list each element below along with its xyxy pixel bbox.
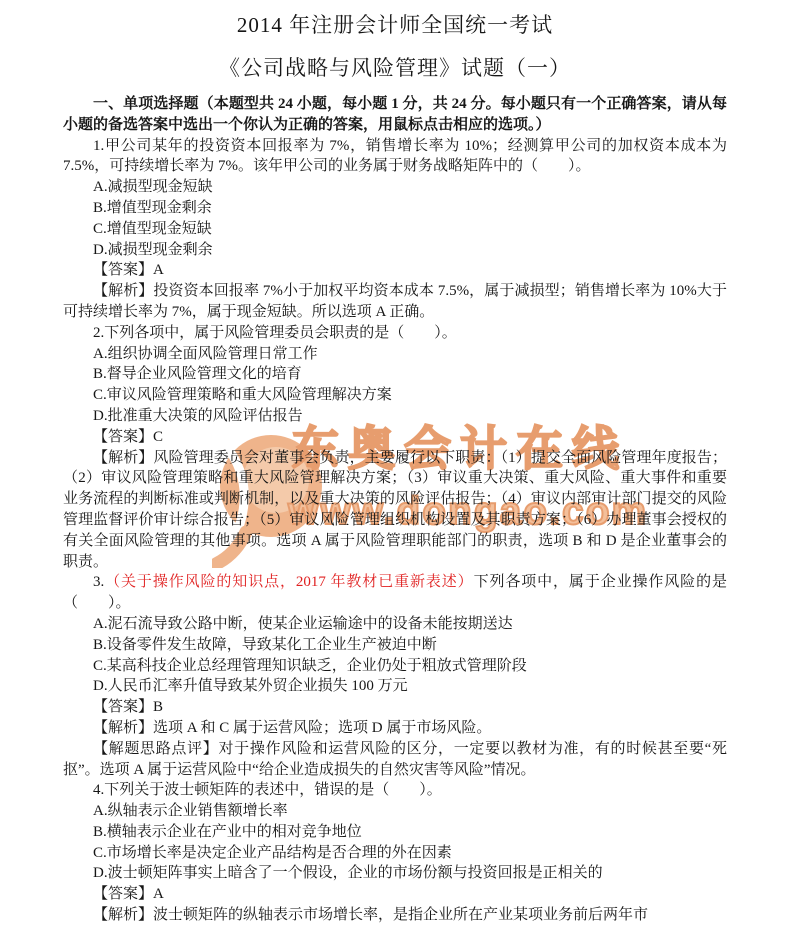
question-1-analysis: 【解析】投资资本回报率 7%小于加权平均资本成本 7.5%，属于减损型；销售增长…: [63, 281, 727, 323]
question-2-analysis: 【解析】风险管理委员会对董事会负责，主要履行以下职责：（1）提交全面风险管理年度…: [63, 448, 727, 573]
question-3-answer: 【答案】B: [63, 697, 727, 718]
question-4-option-d: D.波士顿矩阵事实上暗含了一个假设，企业的市场份额与投资回报是正相关的: [63, 863, 727, 884]
question-3-stem: 3.（关于操作风险的知识点，2017 年教材已重新表述）下列各项中，属于企业操作…: [63, 572, 727, 614]
question-4-stem: 4.下列关于波士顿矩阵的表述中，错误的是（ ）。: [63, 780, 727, 801]
question-3-analysis: 【解析】选项 A 和 C 属于运营风险；选项 D 属于市场风险。: [63, 718, 727, 739]
question-1-option-b: B.增值型现金剩余: [63, 198, 727, 219]
question-2-option-a: A.组织协调全面风险管理日常工作: [63, 344, 727, 365]
section-intro: 一、单项选择题（本题型共 24 小题，每小题 1 分，共 24 分。每小题只有一…: [63, 94, 727, 136]
question-1-answer: 【答案】A: [63, 260, 727, 281]
question-1-option-c: C.增值型现金短缺: [63, 219, 727, 240]
question-4-option-c: C.市场增长率是决定企业产品结构是否合理的外在因素: [63, 843, 727, 864]
question-1-option-d: D.减损型现金剩余: [63, 240, 727, 261]
question-1: 1.甲公司某年的投资资本回报率为 7%，销售增长率为 10%；经测算甲公司的加权…: [63, 136, 727, 323]
question-2: 2.下列各项中，属于风险管理委员会职责的是（ ）。 A.组织协调全面风险管理日常…: [63, 323, 727, 573]
question-4: 4.下列关于波士顿矩阵的表述中，错误的是（ ）。 A.纵轴表示企业销售额增长率 …: [63, 780, 727, 926]
question-3: 3.（关于操作风险的知识点，2017 年教材已重新表述）下列各项中，属于企业操作…: [63, 572, 727, 780]
question-1-option-a: A.减损型现金短缺: [63, 177, 727, 198]
page-subtitle: 《公司战略与风险管理》试题（一）: [63, 55, 727, 81]
question-2-option-c: C.审议风险管理策略和重大风险管理解决方案: [63, 385, 727, 406]
question-2-option-d: D.批准重大决策的风险评估报告: [63, 406, 727, 427]
question-4-option-b: B.横轴表示企业在产业中的相对竞争地位: [63, 822, 727, 843]
question-1-stem: 1.甲公司某年的投资资本回报率为 7%，销售增长率为 10%；经测算甲公司的加权…: [63, 136, 727, 178]
question-2-option-b: B.督导企业风险管理文化的培育: [63, 364, 727, 385]
question-3-option-a: A.泥石流导致公路中断，使某企业运输途中的设备未能按期送达: [63, 614, 727, 635]
question-3-option-d: D.人民币汇率升值导致某外贸企业损失 100 万元: [63, 676, 727, 697]
exam-document-page: 东奥会计在线 www.dongao.com 2014 年注册会计师全国统一考试 …: [0, 0, 793, 933]
question-4-answer: 【答案】A: [63, 884, 727, 905]
question-4-analysis: 【解析】波士顿矩阵的纵轴表示市场增长率，是指企业所在产业某项业务前后两年市: [63, 905, 727, 926]
question-3-number: 3.: [93, 574, 104, 590]
page-title: 2014 年注册会计师全国统一考试: [63, 12, 727, 38]
question-2-answer: 【答案】C: [63, 427, 727, 448]
question-3-option-c: C.某高科技企业总经理管理知识缺乏，企业仍处于粗放式管理阶段: [63, 656, 727, 677]
document-content: 2014 年注册会计师全国统一考试 《公司战略与风险管理》试题（一） 一、单项选…: [0, 0, 793, 926]
question-3-option-b: B.设备零件发生故障，导致某化工企业生产被迫中断: [63, 635, 727, 656]
question-4-option-a: A.纵轴表示企业销售额增长率: [63, 801, 727, 822]
question-2-stem: 2.下列各项中，属于风险管理委员会职责的是（ ）。: [63, 323, 727, 344]
question-3-red-note: （关于操作风险的知识点，2017 年教材已重新表述）: [104, 574, 473, 590]
question-3-comment: 【解题思路点评】对于操作风险和运营风险的区分，一定要以教材为准，有的时候甚至要“…: [63, 739, 727, 781]
